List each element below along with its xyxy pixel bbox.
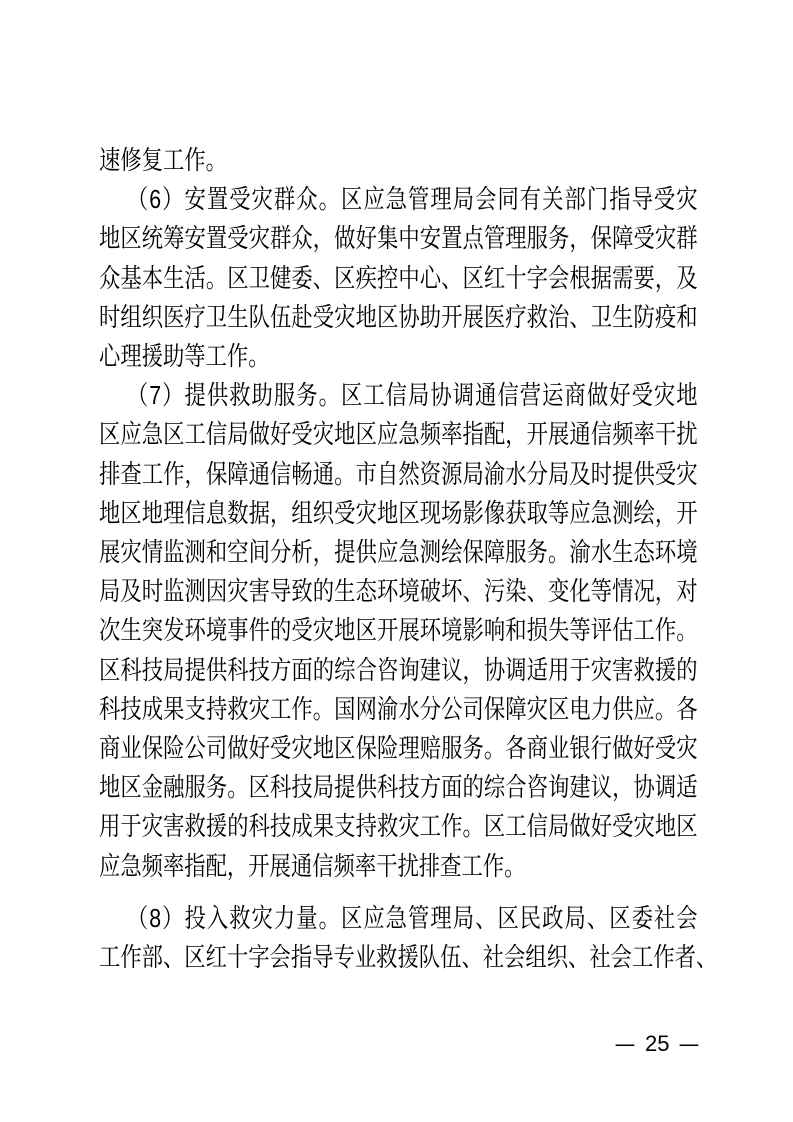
text-line: 众基本生活。区卫健委、区疾控中心、区红十字会根据需要，及 xyxy=(99,259,698,298)
footer-right-dash: — xyxy=(680,1031,699,1057)
text-line: （7）提供救助服务。区工信局协调通信营运商做好受灾地 xyxy=(99,376,698,415)
footer-left-dash: — xyxy=(616,1031,635,1057)
text-line: 工作部、区红十字会指导专业救援队伍、社会组织、社会工作者、 xyxy=(99,938,698,977)
text-line: 地区金融服务。区科技局提供科技方面的综合咨询建议，协调适 xyxy=(99,768,698,807)
text-line: （6）安置受灾群众。区应急管理局会同有关部门指导受灾 xyxy=(99,180,698,219)
text-line: 排查工作，保障通信畅通。市自然资源局渝水分局及时提供受灾 xyxy=(99,455,698,494)
text-line: 应急频率指配，开展通信频率干扰排查工作。 xyxy=(99,847,698,886)
page-number: 25 xyxy=(645,1031,669,1057)
page-footer: — 25 — xyxy=(614,1031,700,1057)
document-page: 速修复工作。（6）安置受灾群众。区应急管理局会同有关部门指导受灾地区统筹安置受灾… xyxy=(0,0,793,1122)
text-line: 次生突发环境事件的受灾地区开展环境影响和损失等评估工作。 xyxy=(99,611,698,650)
text-line: 时组织医疗卫生队伍赴受灾地区协助开展医疗救治、卫生防疫和 xyxy=(99,298,698,337)
text-line: 区应急区工信局做好受灾地区应急频率指配，开展通信频率干扰 xyxy=(99,415,698,454)
text-line: 区科技局提供科技方面的综合咨询建议，协调适用于灾害救援的 xyxy=(99,651,698,690)
text-line: 局及时监测因灾害导致的生态环境破坏、污染、变化等情况，对 xyxy=(99,572,698,611)
text-line: 商业保险公司做好受灾地区保险理赔服务。各商业银行做好受灾 xyxy=(99,729,698,768)
text-line: 心理援助等工作。 xyxy=(99,337,698,376)
text-line: 科技成果支持救灾工作。国网渝水分公司保障灾区电力供应。各 xyxy=(99,690,698,729)
text-line: 速修复工作。 xyxy=(99,141,698,180)
text-line: （8）投入救灾力量。区应急管理局、区民政局、区委社会 xyxy=(99,899,698,938)
text-line: 地区地理信息数据，组织受灾地区现场影像获取等应急测绘，开 xyxy=(99,494,698,533)
document-body: 速修复工作。（6）安置受灾群众。区应急管理局会同有关部门指导受灾地区统筹安置受灾… xyxy=(99,141,698,977)
text-line: 用于灾害救援的科技成果支持救灾工作。区工信局做好受灾地区 xyxy=(99,807,698,846)
text-line: 展灾情监测和空间分析，提供应急测绘保障服务。渝水生态环境 xyxy=(99,533,698,572)
text-line: 地区统筹安置受灾群众，做好集中安置点管理服务，保障受灾群 xyxy=(99,219,698,258)
